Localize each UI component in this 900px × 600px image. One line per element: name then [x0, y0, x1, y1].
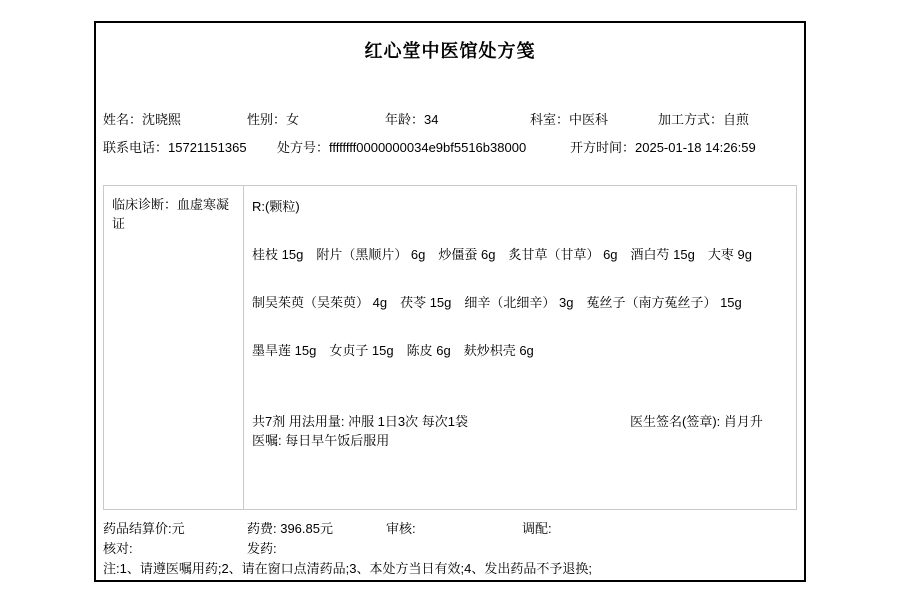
patient-info-row-1: 姓名：沈晓熙 性别：女 年龄：34 科室：中医科 加工方式：自煎 — [96, 109, 804, 125]
issue-time-value: 2025-01-18 14:26:59 — [635, 140, 756, 155]
rx-form-label: R:(颗粒) — [252, 196, 300, 215]
patient-name-field: 姓名：沈晓熙 — [103, 109, 181, 128]
department-field: 科室：中医科 — [530, 109, 608, 128]
patient-age-label: 年龄： — [385, 112, 424, 127]
patient-info-row-2: 联系电话：15721151365 处方号：ffffffff0000000034e… — [96, 137, 804, 153]
department-label: 科室： — [530, 112, 569, 127]
patient-gender-field: 性别：女 — [247, 109, 299, 128]
herb-item: 大枣 9g — [708, 247, 752, 262]
herb-item: 墨旱莲 15g — [252, 343, 316, 358]
herb-line: 墨旱莲 15g女贞子 15g陈皮 6g麸炒枳壳 6g — [252, 340, 547, 359]
prescription-no-label: 处方号： — [277, 140, 329, 155]
patient-name-value: 沈晓熙 — [142, 112, 181, 127]
herb-item: 菟丝子（南方菟丝子） 15g — [586, 295, 741, 310]
herb-item: 陈皮 6g — [407, 343, 451, 358]
herb-item: 茯苓 15g — [400, 295, 451, 310]
patient-gender-label: 性别： — [247, 112, 286, 127]
herb-item: 炙甘草（甘草） 6g — [508, 247, 617, 262]
footer-notes: 注:1、请遵医嘱用药;2、请在窗口点清药品;3、本处方当日有效;4、发出药品不予… — [103, 558, 592, 577]
usage-instructions: 共7剂 用法用量: 冲服 1日3次 每次1袋 医嘱: 每日早午饭后服用 — [252, 412, 468, 450]
herb-item: 桂枝 15g — [252, 247, 303, 262]
processing-method-value: 自煎 — [723, 112, 749, 127]
herb-item: 女贞子 15g — [329, 343, 393, 358]
processing-method-field: 加工方式：自煎 — [658, 109, 749, 128]
phone-field: 联系电话：15721151365 — [103, 137, 247, 156]
doctor-signature: 医生签名(签章): 肖月升 — [630, 412, 794, 431]
patient-age-value: 34 — [424, 112, 438, 127]
herb-line: 制吴茱萸（吴茱萸） 4g茯苓 15g细辛（北细辛） 3g菟丝子（南方菟丝子） 1… — [252, 292, 755, 311]
doctor-advice-line: 医嘱: 每日早午饭后服用 — [252, 431, 468, 450]
page-title: 红心堂中医馆处方笺 — [96, 37, 804, 63]
settlement-price: 药品结算价:元 — [103, 518, 185, 537]
prescription-sheet: 红心堂中医馆处方笺 姓名：沈晓熙 性别：女 年龄：34 科室：中医科 加工方式：… — [94, 21, 806, 582]
dispense-field: 调配: — [522, 518, 552, 537]
issue-time-label: 开方时间： — [570, 140, 635, 155]
herb-item: 附片（黑顺片） 6g — [316, 247, 425, 262]
review-field: 审核: — [386, 518, 416, 537]
settlement-row-2: 核对: 发药: — [96, 538, 804, 554]
herb-item: 细辛（北细辛） 3g — [464, 295, 573, 310]
herb-line: 桂枝 15g附片（黑顺片） 6g炒僵蚕 6g炙甘草（甘草） 6g酒白芍 15g大… — [252, 244, 765, 263]
settlement-row-1: 药品结算价:元 药费: 396.85元 审核: 调配: — [96, 518, 804, 534]
herb-item: 酒白芍 15g — [631, 247, 695, 262]
department-value: 中医科 — [569, 112, 608, 127]
patient-name-label: 姓名： — [103, 112, 142, 127]
herb-item: 麸炒枳壳 6g — [464, 343, 534, 358]
phone-value: 15721151365 — [168, 140, 247, 155]
herb-item: 制吴茱萸（吴茱萸） 4g — [252, 295, 387, 310]
issue-field: 发药: — [247, 538, 277, 557]
herb-item: 炒僵蚕 6g — [438, 247, 495, 262]
issue-time-field: 开方时间：2025-01-18 14:26:59 — [570, 137, 756, 156]
check-field: 核对: — [103, 538, 133, 557]
prescription-no-value: ffffffff0000000034e9bf5516b38000 — [329, 140, 526, 155]
prescription-table: 临床诊断：血虚寒凝证 R:(颗粒) 桂枝 15g附片（黑顺片） 6g炒僵蚕 6g… — [103, 185, 797, 510]
patient-gender-value: 女 — [286, 112, 299, 127]
prescription-no-field: 处方号：ffffffff0000000034e9bf5516b38000 — [277, 137, 526, 156]
medicine-fee: 药费: 396.85元 — [247, 518, 333, 537]
clinical-diagnosis-cell: 临床诊断：血虚寒凝证 — [104, 186, 244, 509]
prescription-body-cell: R:(颗粒) 桂枝 15g附片（黑顺片） 6g炒僵蚕 6g炙甘草（甘草） 6g酒… — [244, 186, 796, 509]
processing-method-label: 加工方式： — [658, 112, 723, 127]
phone-label: 联系电话： — [103, 140, 168, 155]
patient-age-field: 年龄：34 — [385, 109, 438, 128]
usage-dosage-line: 共7剂 用法用量: 冲服 1日3次 每次1袋 — [252, 412, 468, 431]
